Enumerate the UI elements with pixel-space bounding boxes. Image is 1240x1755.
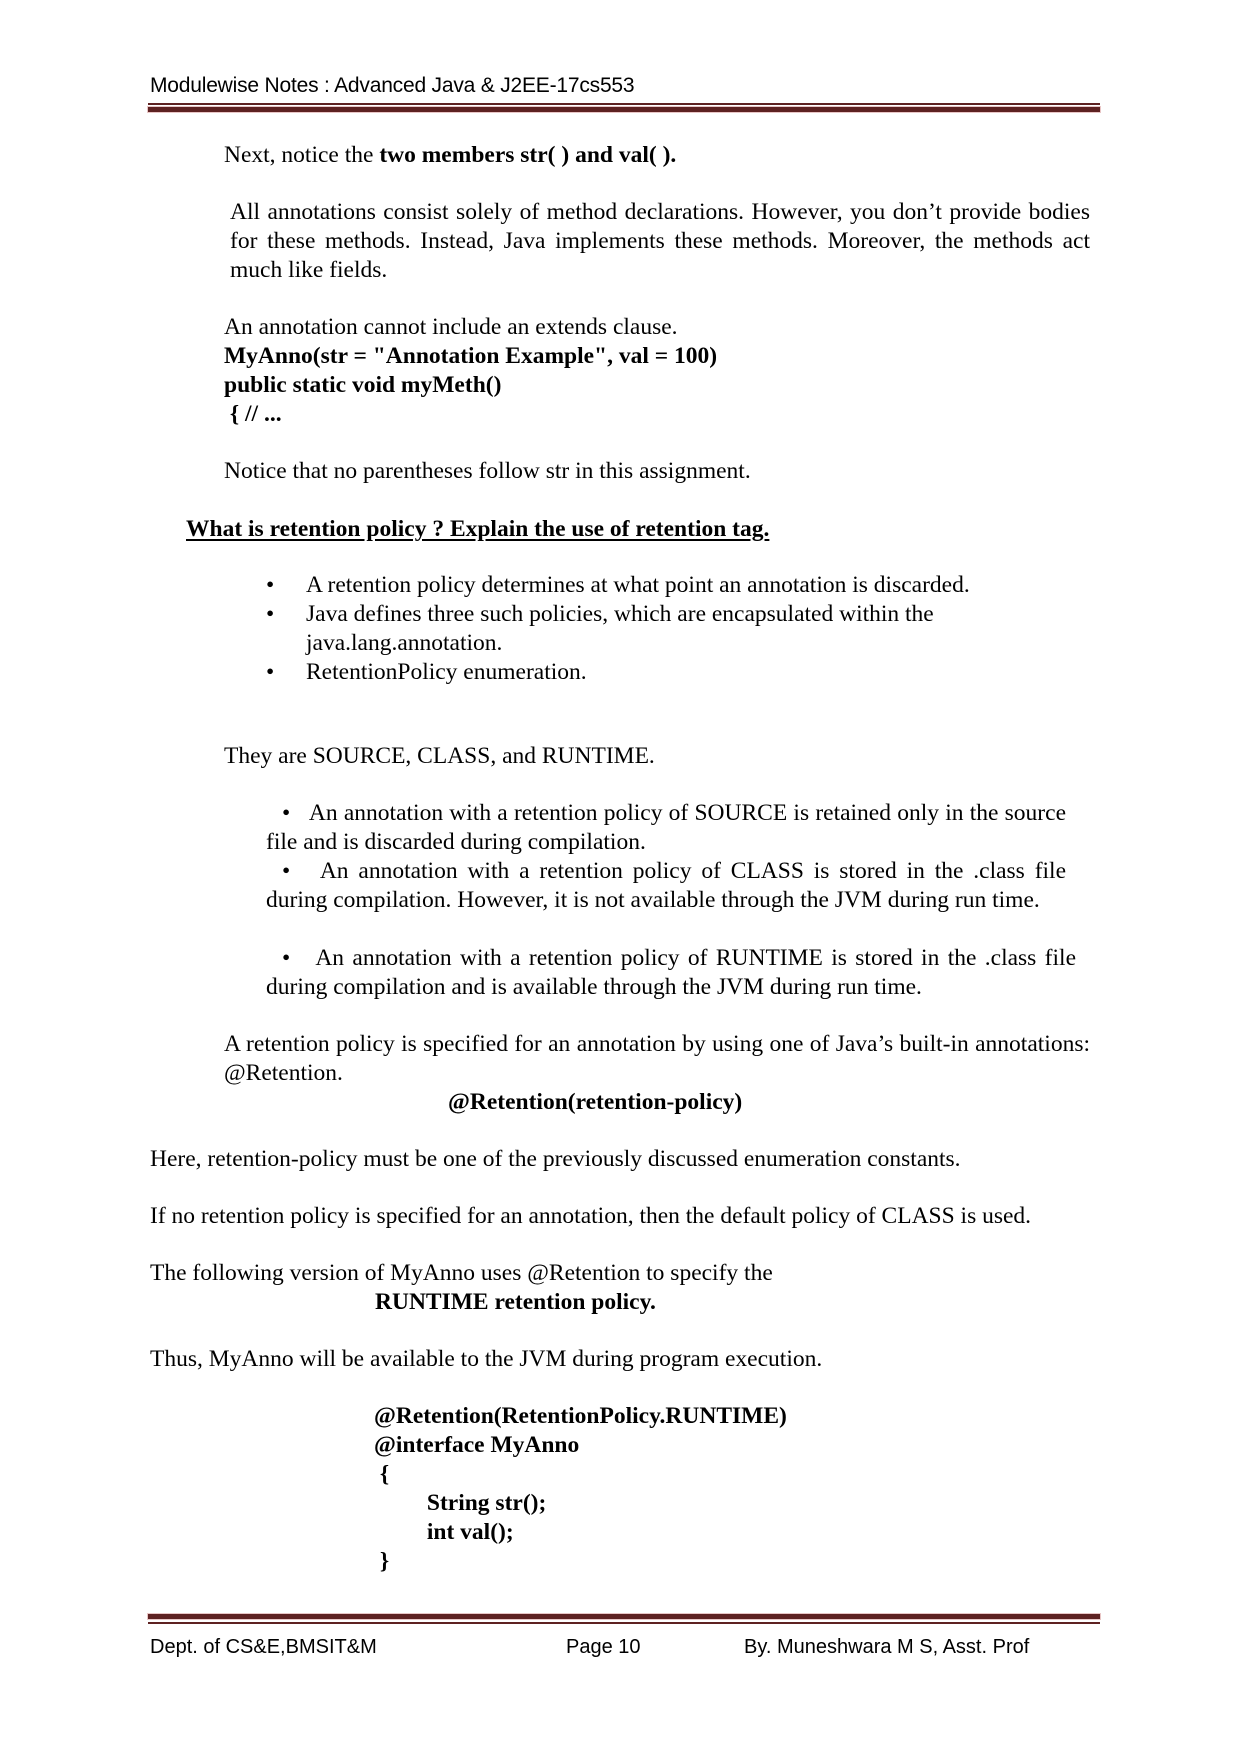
bullet-icon: • — [266, 658, 274, 687]
list-item-text: An annotation with a retention policy of… — [266, 800, 1066, 855]
bullet-icon: • — [282, 858, 290, 884]
list-item-text: An annotation with a retention policy of… — [266, 858, 1066, 913]
code-line: int val(); — [374, 1518, 787, 1547]
runtime-policy-label: RUNTIME retention policy. — [375, 1288, 656, 1317]
paragraph-enumeration-constants: Here, retention-policy must be one of th… — [150, 1145, 1000, 1174]
code-line: public static void myMeth() — [224, 371, 717, 400]
code-block-usage: MyAnno(str = "Annotation Example", val =… — [224, 342, 717, 429]
paragraph-policies: They are SOURCE, CLASS, and RUNTIME. — [224, 742, 655, 771]
code-block-myanno: @Retention(RetentionPolicy.RUNTIME)@inte… — [374, 1402, 787, 1576]
list-item: •Java defines three such policies, which… — [266, 600, 1046, 658]
header-title: Modulewise Notes : Advanced Java & J2EE-… — [150, 74, 634, 98]
bullet-icon: • — [266, 600, 274, 629]
code-line: { — [374, 1460, 787, 1489]
paragraph-annotations-methods: All annotations consist solely of method… — [230, 198, 1090, 285]
bold-text: two members str( ) and val( ). — [379, 142, 676, 168]
paragraph-members: Next, notice the two members str( ) and … — [224, 141, 676, 170]
paragraph-jvm-availability: Thus, MyAnno will be available to the JV… — [150, 1345, 822, 1374]
retention-bullets: •A retention policy determines at what p… — [266, 571, 1046, 687]
code-line: MyAnno(str = "Annotation Example", val =… — [224, 342, 717, 371]
footer-rule-thin — [148, 1622, 1100, 1624]
code-line: { // ... — [224, 400, 717, 429]
paragraph-retention-annotation: A retention policy is specified for an a… — [224, 1030, 1090, 1088]
paragraph-text: Next, notice the — [224, 142, 379, 168]
code-line: @interface MyAnno — [374, 1431, 787, 1460]
question-heading: What is retention policy ? Explain the u… — [186, 515, 769, 544]
policy-item-class: • An annotation with a retention policy … — [266, 857, 1066, 915]
code-line: } — [374, 1547, 787, 1576]
policy-item-source: • An annotation with a retention policy … — [266, 799, 1066, 857]
document-page: Modulewise Notes : Advanced Java & J2EE-… — [0, 0, 1240, 1755]
paragraph-extends: An annotation cannot include an extends … — [224, 313, 678, 342]
list-item-text: A retention policy determines at what po… — [306, 572, 970, 598]
paragraph-default-policy: If no retention policy is specified for … — [150, 1202, 1080, 1231]
paragraph-following-version: The following version of MyAnno uses @Re… — [150, 1259, 773, 1288]
policy-item-runtime: • An annotation with a retention policy … — [266, 944, 1076, 1002]
bullet-icon: • — [266, 571, 274, 600]
header-rule-thin — [148, 103, 1100, 105]
list-item: •A retention policy determines at what p… — [266, 571, 1046, 600]
list-item-text: Java defines three such policies, which … — [306, 601, 934, 656]
list-item-text: RetentionPolicy enumeration. — [306, 659, 587, 685]
code-line: String str(); — [374, 1489, 787, 1518]
footer-author: By. Muneshwara M S, Asst. Prof — [744, 1636, 1029, 1659]
code-line: @Retention(RetentionPolicy.RUNTIME) — [374, 1402, 787, 1431]
list-item-text: An annotation with a retention policy of… — [266, 945, 1076, 1000]
retention-syntax: @Retention(retention-policy) — [448, 1088, 742, 1117]
header-rule-thick — [148, 107, 1100, 112]
paragraph-parentheses: Notice that no parentheses follow str in… — [224, 457, 751, 486]
footer-rule-thick — [148, 1614, 1100, 1619]
footer-dept: Dept. of CS&E,BMSIT&M — [150, 1636, 377, 1659]
bullet-icon: • — [282, 800, 290, 826]
bullet-icon: • — [282, 945, 290, 971]
footer-page-number: Page 10 — [566, 1636, 641, 1659]
list-item: •RetentionPolicy enumeration. — [266, 658, 1046, 687]
